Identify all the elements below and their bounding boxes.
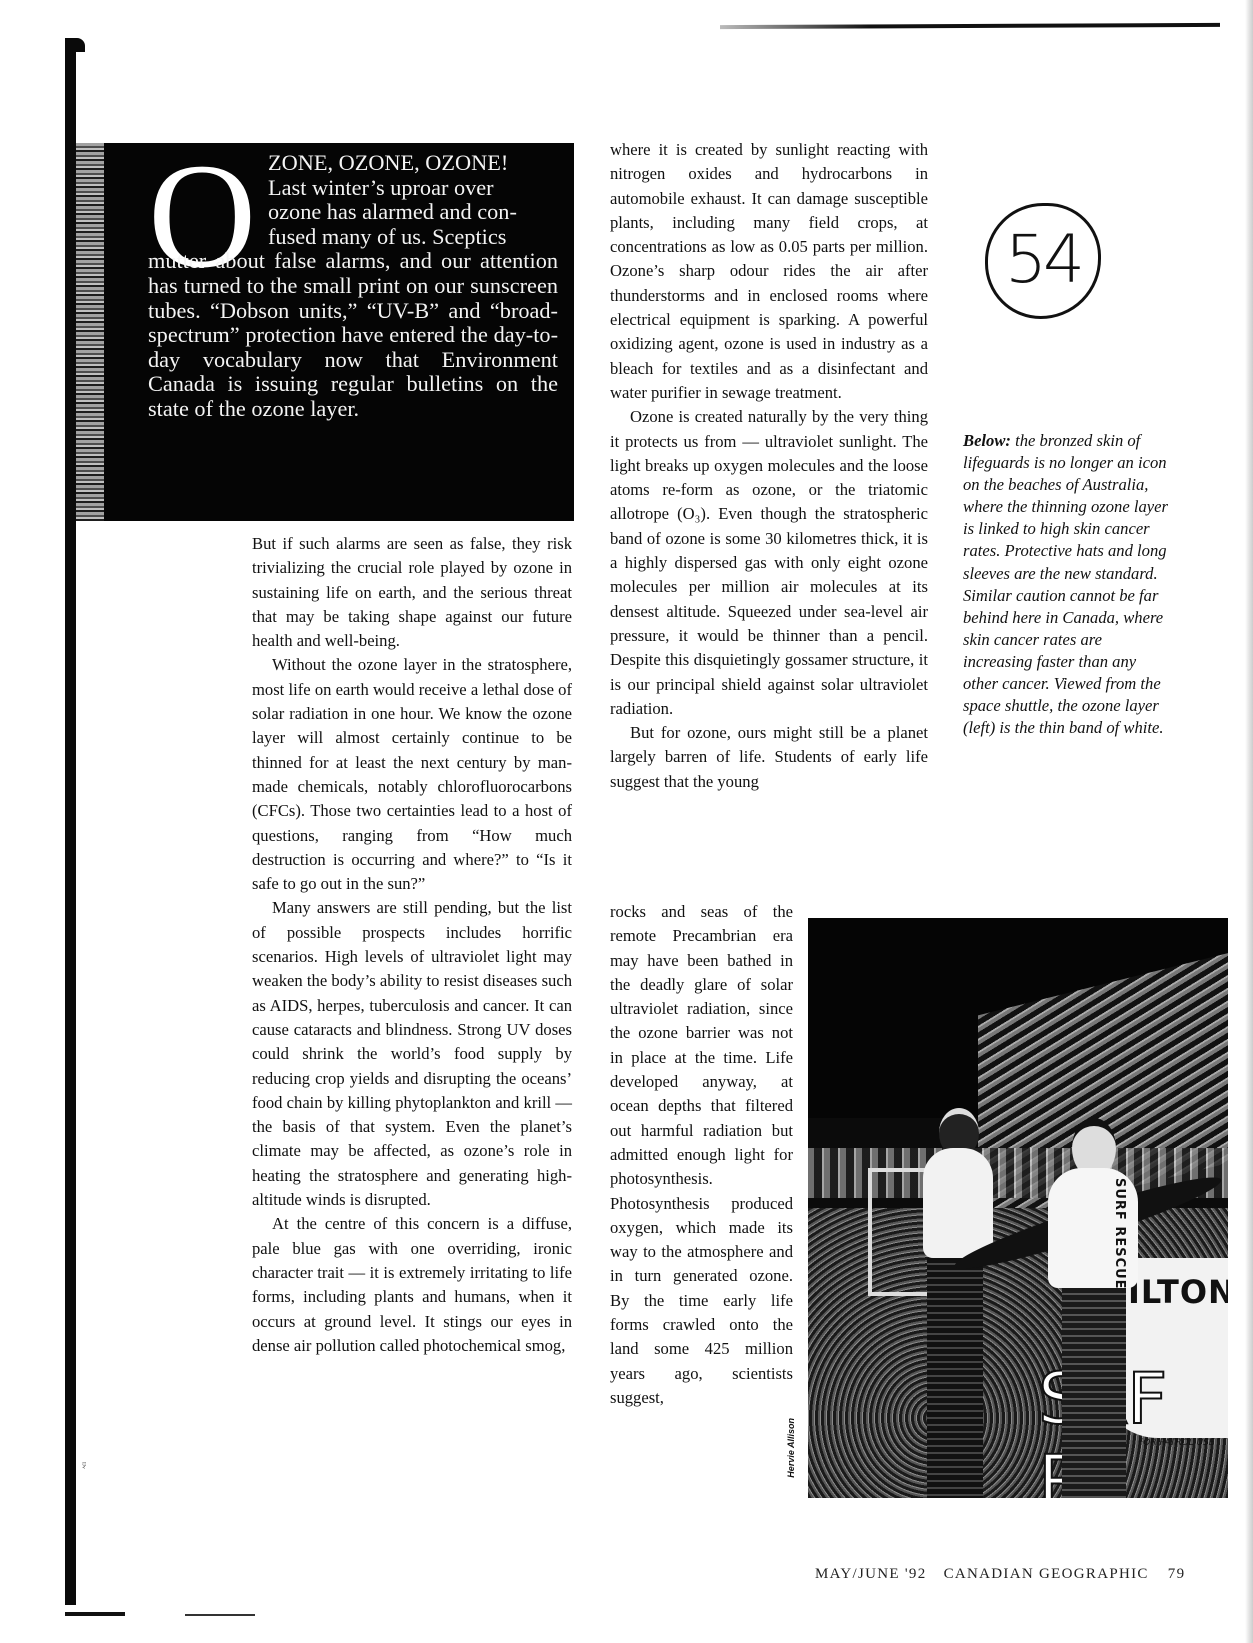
photo-caption: Below: the bronzed skin of lifeguards is… [963, 430, 1173, 739]
paragraph: Many answers are still pending, but the … [252, 896, 572, 1212]
paragraph: At the centre of this concern is a diffu… [252, 1212, 572, 1358]
intro-text: ZONE, OZONE, OZONE! Last winter’s uproar… [148, 151, 558, 422]
intro-block: O ZONE, OZONE, OZONE! Last winter’s upro… [76, 143, 574, 521]
handwritten-page-mark: 54 [985, 203, 1101, 319]
scan-edge-dash [185, 1614, 255, 1616]
intro-lead-line: Last winter’s uproar over [268, 176, 558, 201]
caption-text: the bronzed skin of lifeguards is no lon… [963, 431, 1168, 737]
intro-rest: mutter about false alarms, and our atten… [148, 249, 558, 421]
scan-edge-cap [65, 38, 85, 52]
intro-lead-line: ozone has alarmed and con- [268, 200, 558, 225]
paragraph: where it is created by sunlight reacting… [610, 138, 928, 405]
photo-credit: Hervie Allison [786, 1418, 796, 1478]
paragraph: Ozone is created naturally by the very t… [610, 405, 928, 721]
page-number: 79 [1168, 1566, 1186, 1582]
margin-mark: ᴵᴶᵛ [78, 1462, 88, 1469]
intro-ragged-edge [76, 143, 104, 521]
handwritten-number: 54 [988, 220, 1098, 300]
lifeguard-photo: ILTON SRF R FOR PATROL USE SURF RESCUE [808, 918, 1228, 1498]
page-footer: MAY/JUNE '92 CANADIAN GEOGRAPHIC 79 [815, 1566, 1185, 1583]
footer-issue: MAY/JUNE '92 [815, 1566, 927, 1582]
paragraph: Without the ozone layer in the stratosph… [252, 653, 572, 896]
paragraph: rocks and seas of the remote Precambrian… [610, 900, 793, 1410]
long-sleeve-shirt [923, 1148, 993, 1258]
article-column-2-continuation: rocks and seas of the remote Precambrian… [610, 900, 793, 1410]
scan-edge-left [65, 40, 76, 1605]
legs [1062, 1288, 1126, 1498]
scan-top-rule [720, 23, 1220, 29]
article-column-2: where it is created by sunlight reacting… [610, 138, 928, 794]
caption-lead: Below: [963, 431, 1011, 450]
scan-edge-bottom [65, 1612, 125, 1616]
intro-lead-line: ZONE, OZONE, OZONE! [268, 151, 558, 176]
scan-edge-right [1245, 0, 1253, 1643]
article-column-1: But if such alarms are seen as false, th… [252, 532, 572, 1358]
paragraph: But for ozone, ours might still be a pla… [610, 721, 928, 794]
lifeguard-left [913, 1108, 1003, 1498]
intro-lead-line: fused many of us. Sceptics [268, 225, 558, 250]
footer-publication: CANADIAN GEOGRAPHIC [944, 1566, 1149, 1582]
paragraph: But if such alarms are seen as false, th… [252, 532, 572, 653]
banner-small-text: FOR PATROL USE [1138, 1438, 1215, 1448]
sleeve-text: SURF RESCUE [1112, 1178, 1127, 1290]
legs [927, 1258, 983, 1498]
lifeguard-right: SURF RESCUE [1038, 1118, 1148, 1498]
